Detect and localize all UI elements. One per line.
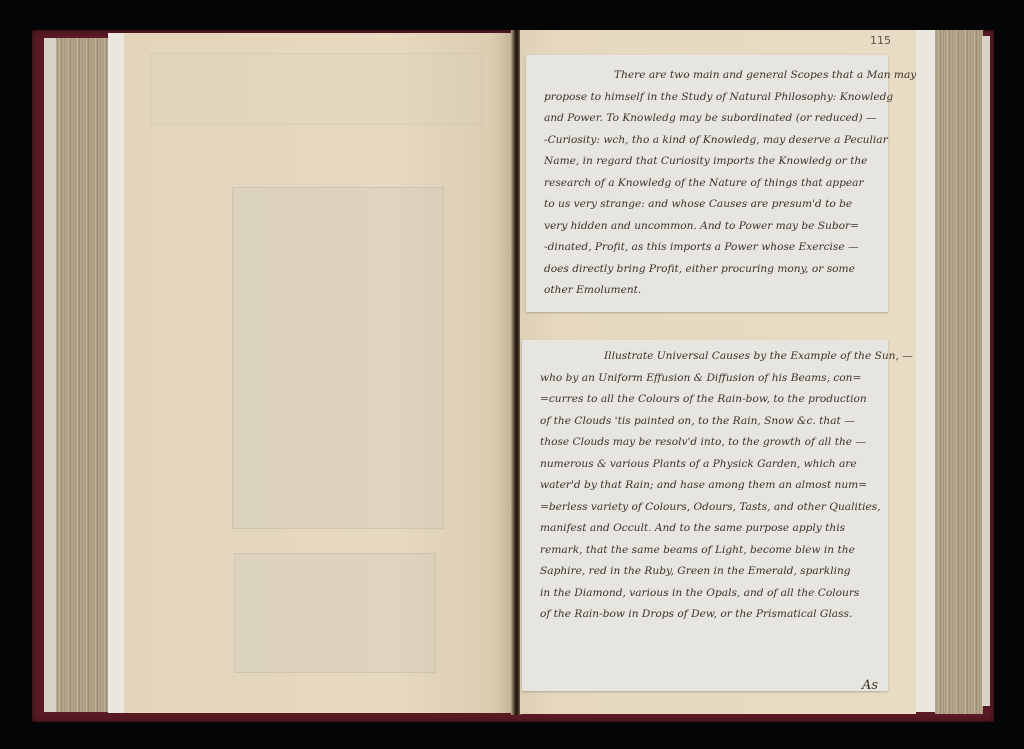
text-line: of the Clouds 'tis painted on, to the Ra… xyxy=(540,411,885,433)
show-through-small-slip xyxy=(234,553,436,673)
text-line: -dinated, Profit, as this imports a Powe… xyxy=(544,237,884,259)
right-fore-edge xyxy=(935,30,983,714)
text-line: research of a Knowledg of the Nature of … xyxy=(544,173,884,195)
text-line: other Emolument. xyxy=(544,280,884,302)
left-endpaper-edge xyxy=(44,38,56,712)
text-line: does directly bring Profit, either procu… xyxy=(544,259,884,281)
text-line: who by an Uniform Effusion & Diffusion o… xyxy=(540,368,885,390)
catchword: As xyxy=(862,678,878,693)
slip-text: Illustrate Universal Causes by the Examp… xyxy=(540,346,885,626)
text-line: Name, in regard that Curiosity imports t… xyxy=(544,151,884,173)
text-line: numerous & various Plants of a Physick G… xyxy=(540,454,885,476)
text-line: propose to himself in the Study of Natur… xyxy=(544,87,884,109)
left-page xyxy=(124,33,511,713)
text-line: of the Rain-bow in Drops of Dew, or the … xyxy=(540,604,885,626)
text-line: to us very strange: and whose Causes are… xyxy=(544,194,884,216)
text-line: =berless variety of Colours, Odours, Tas… xyxy=(540,497,885,519)
show-through-large-slip xyxy=(232,187,444,529)
show-through-top xyxy=(150,53,482,125)
slip-text: There are two main and general Scopes th… xyxy=(544,65,884,302)
text-line: water'd by that Rain; and hase among the… xyxy=(540,475,885,497)
text-line: very hidden and uncommon. And to Power m… xyxy=(544,216,884,238)
manuscript-slip-scopes: There are two main and general Scopes th… xyxy=(526,55,888,312)
text-line: and Power. To Knowledg may be subordinat… xyxy=(544,108,884,130)
text-line: Illustrate Universal Causes by the Examp… xyxy=(540,346,885,368)
left-fore-edge xyxy=(56,38,108,712)
right-flyleaf-edge xyxy=(916,30,936,712)
text-line: in the Diamond, various in the Opals, an… xyxy=(540,583,885,605)
left-flyleaf-edge xyxy=(108,33,124,713)
text-line: those Clouds may be resolv'd into, to th… xyxy=(540,432,885,454)
text-line: remark, that the same beams of Light, be… xyxy=(540,540,885,562)
text-line: manifest and Occult. And to the same pur… xyxy=(540,518,885,540)
folio-number: 115 xyxy=(870,34,891,47)
text-line: Saphire, red in the Ruby, Green in the E… xyxy=(540,561,885,583)
text-line: =curres to all the Colours of the Rain-b… xyxy=(540,389,885,411)
text-line: There are two main and general Scopes th… xyxy=(544,65,884,87)
manuscript-slip-universal-causes: Illustrate Universal Causes by the Examp… xyxy=(522,340,888,691)
text-line: -Curiosity: wch, tho a kind of Knowledg,… xyxy=(544,130,884,152)
right-endpaper-edge xyxy=(982,36,990,706)
